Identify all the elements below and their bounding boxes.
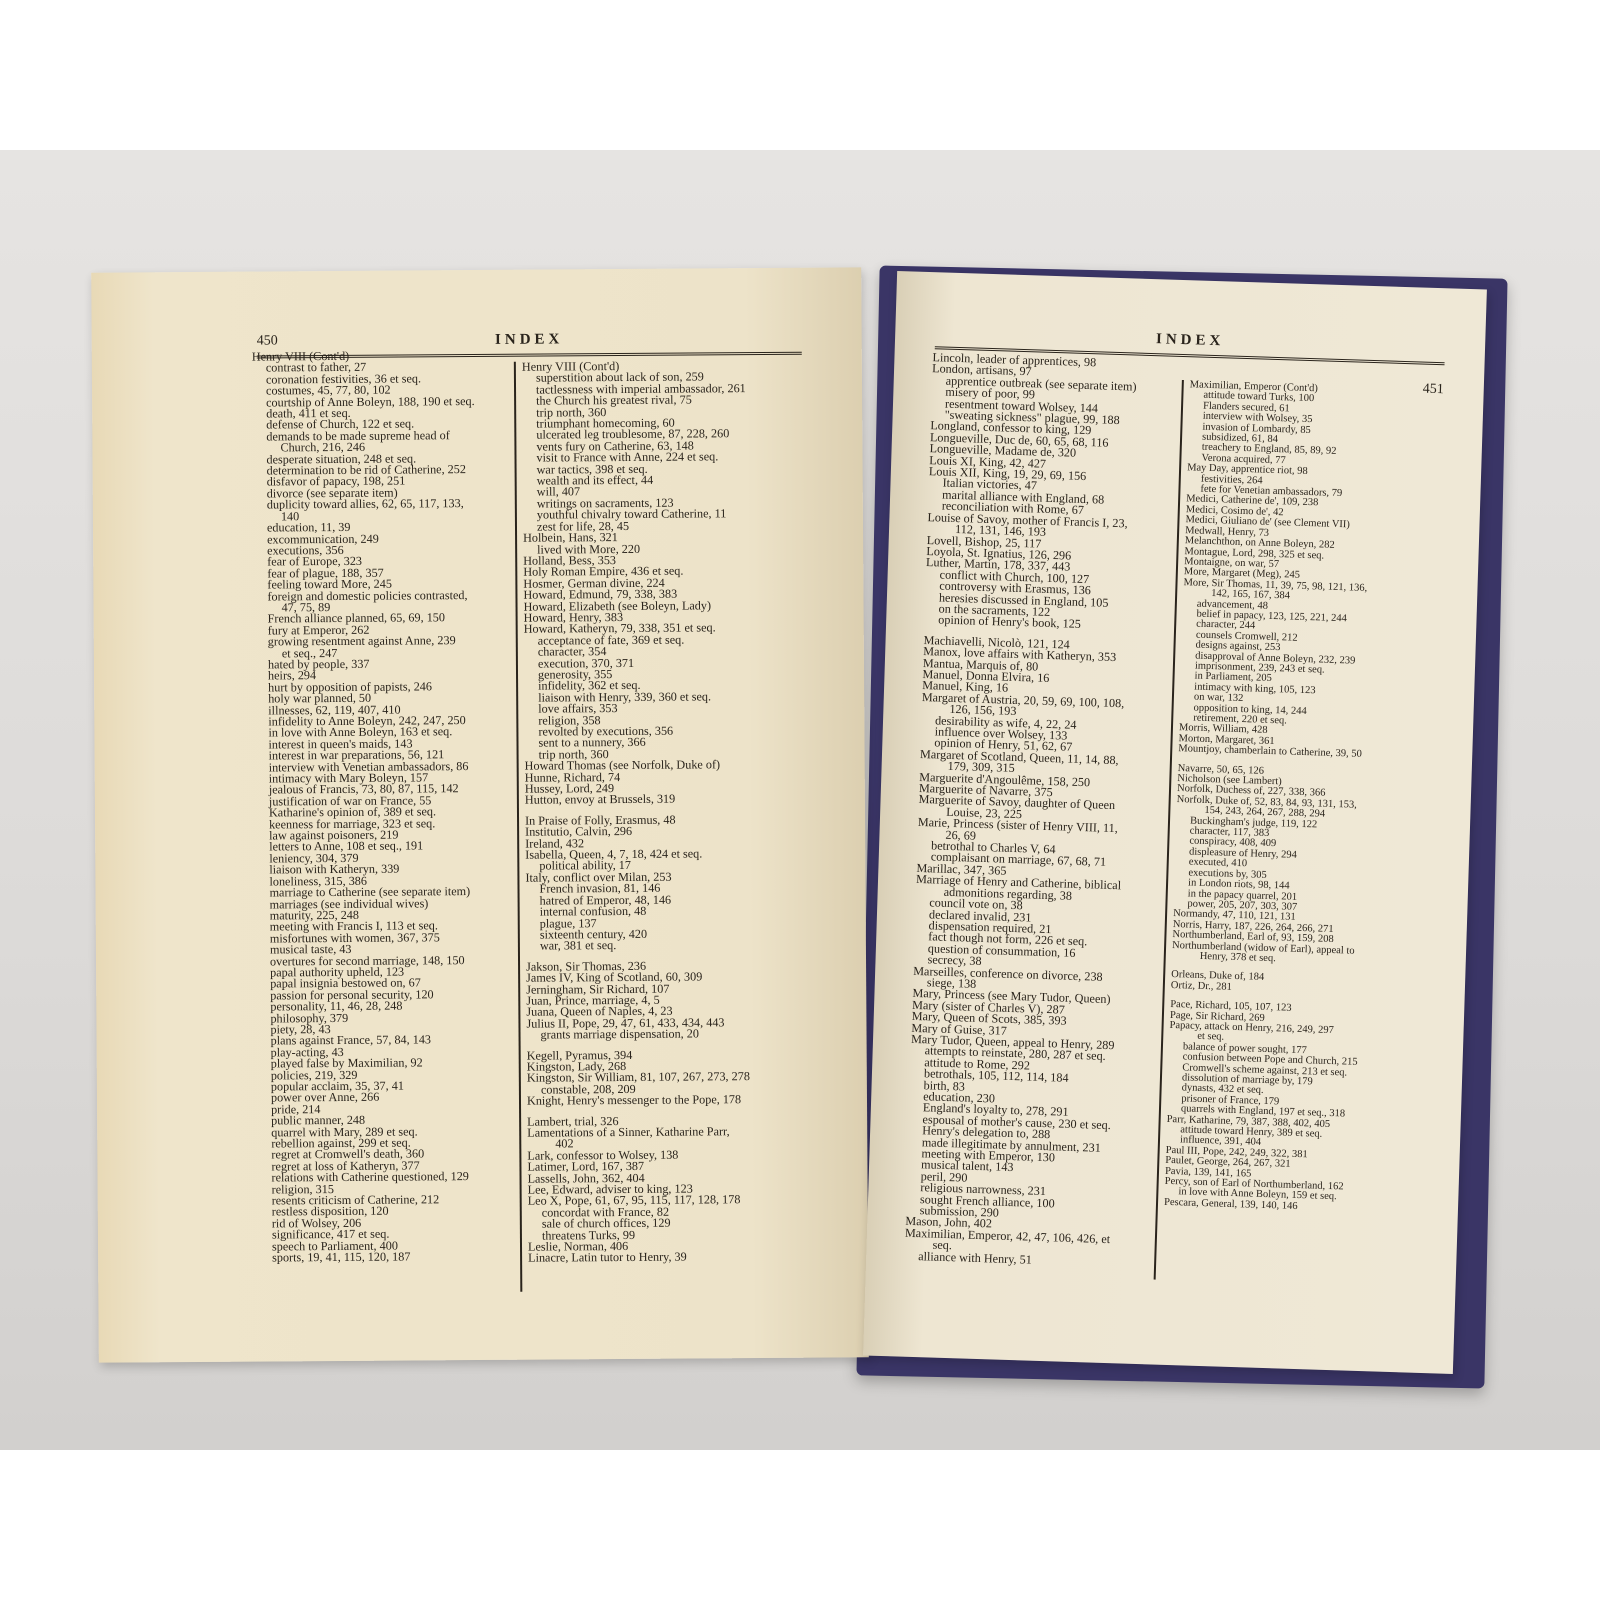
running-head-title: INDEX xyxy=(257,330,802,351)
left-page: 450 INDEX Henry VIII (Cont'd)contrast to… xyxy=(91,267,869,1362)
index-entry: Knight, Henry's messenger to the Pope, 1… xyxy=(527,1094,812,1107)
right-page: INDEX 451 Lincoln, leader of apprentices… xyxy=(863,271,1487,1374)
index-subentry: war, 381 et seq. xyxy=(526,939,811,952)
index-subentry: grants marriage dispensation, 20 xyxy=(527,1028,812,1041)
index-subentry: sports, 19, 41, 115, 120, 187 xyxy=(258,1251,558,1265)
index-column: Lincoln, leader of apprentices, 98London… xyxy=(904,352,1187,1270)
index-entry: Hutton, envoy at Brussels, 319 xyxy=(525,793,810,806)
index-column: Henry VIII (Cont'd)superstition about la… xyxy=(514,360,813,1292)
index-entry: Linacre, Latin tutor to Henry, 39 xyxy=(528,1251,813,1264)
index-column: Maximilian, Emperor (Cont'd)attitude tow… xyxy=(1154,380,1380,1286)
page-number: 451 xyxy=(1422,382,1443,399)
index-column: Henry VIII (Cont'd)contrast to father, 2… xyxy=(252,349,558,1264)
